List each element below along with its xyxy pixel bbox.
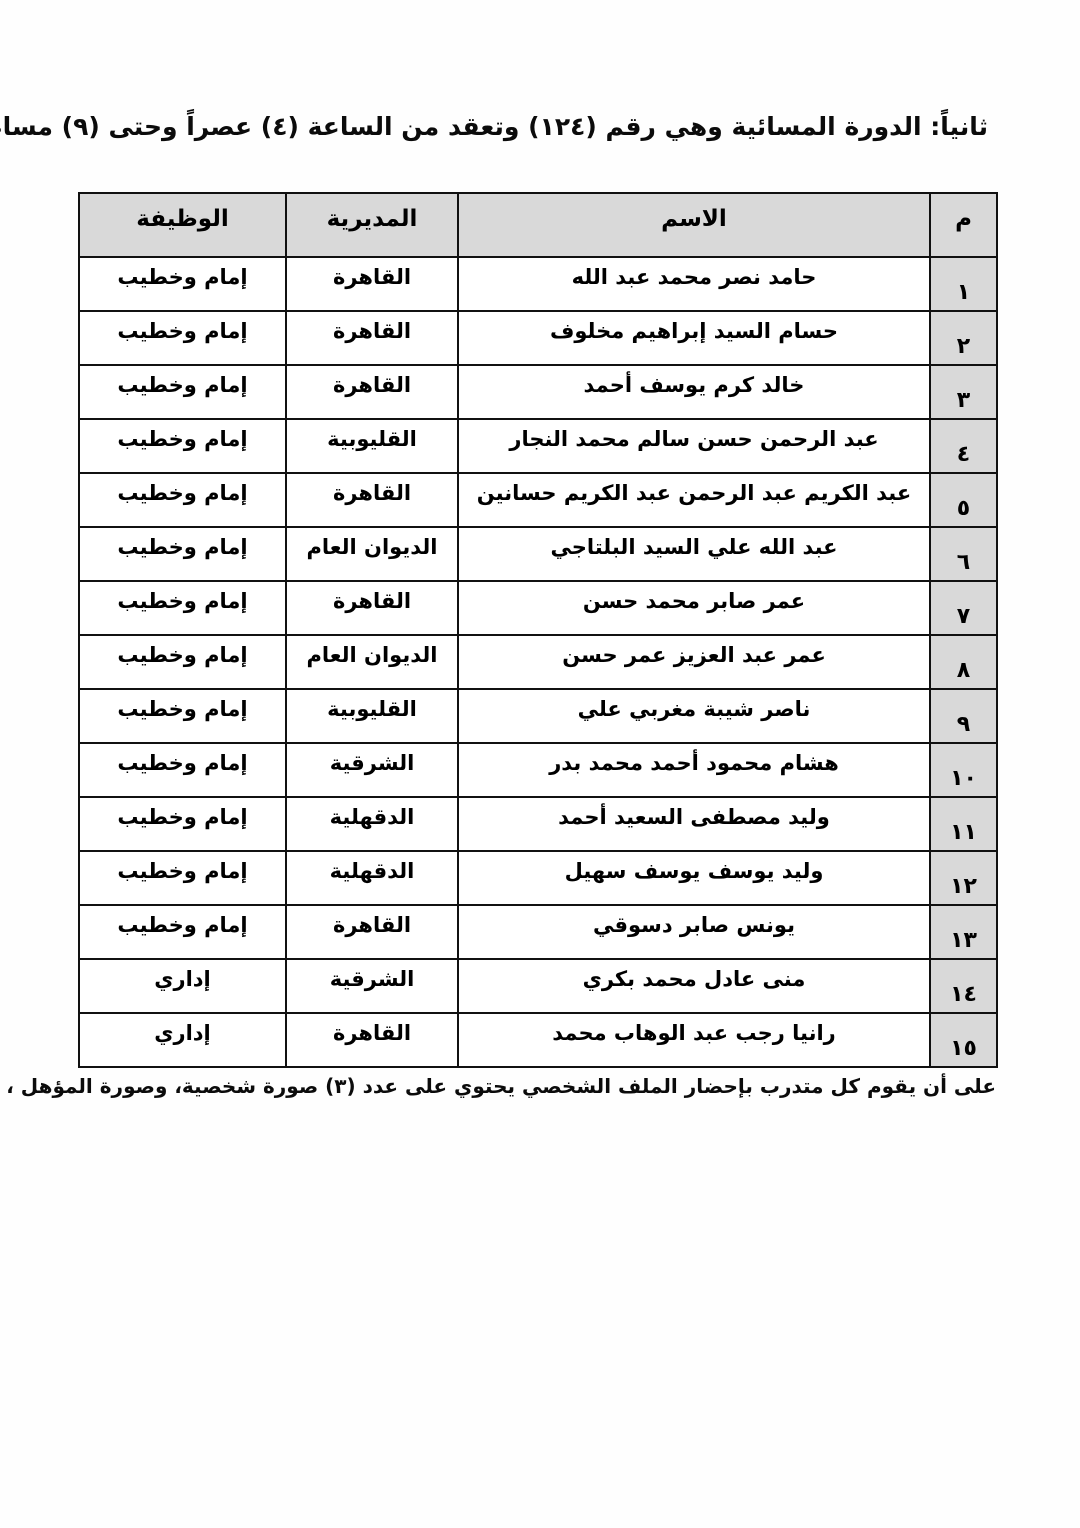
table-row: ٤ عبد الرحمن حسن سالم محمد النجار القليو…	[79, 419, 997, 473]
row-number-cell: ٧	[930, 581, 997, 635]
document-page: ثانياً: الدورة المسائية وهي رقم (١٢٤) وت…	[0, 0, 1080, 1528]
row-directorate-cell: الدقهلية	[286, 797, 458, 851]
row-name-cell: وليد يوسف يوسف سهيل	[458, 851, 930, 905]
row-directorate-cell: القاهرة	[286, 365, 458, 419]
row-name-cell: عمر عبد العزيز عمر حسن	[458, 635, 930, 689]
row-job-cell: إمام وخطيب	[79, 419, 286, 473]
row-number-cell: ١٤	[930, 959, 997, 1013]
row-name-cell: عمر صابر محمد حسن	[458, 581, 930, 635]
row-job-cell: إمام وخطيب	[79, 689, 286, 743]
row-name-cell: يونس صابر دسوقي	[458, 905, 930, 959]
row-directorate-cell: الديوان العام	[286, 527, 458, 581]
row-name-cell: رانيا رجب عبد الوهاب محمد	[458, 1013, 930, 1067]
row-name-cell: حامد نصر محمد عبد الله	[458, 257, 930, 311]
table-row: ٧ عمر صابر محمد حسن القاهرة إمام وخطيب	[79, 581, 997, 635]
row-directorate-cell: القاهرة	[286, 257, 458, 311]
row-number-cell: ١٠	[930, 743, 997, 797]
table-row: ١٠ هشام محمود أحمد محمد بدر الشرقية إمام…	[79, 743, 997, 797]
table-row: ٢ حسام السيد إبراهيم مخلوف القاهرة إمام …	[79, 311, 997, 365]
row-name-cell: عبد الرحمن حسن سالم محمد النجار	[458, 419, 930, 473]
row-directorate-cell: القاهرة	[286, 473, 458, 527]
row-directorate-cell: الدقهلية	[286, 851, 458, 905]
row-job-cell: إمام وخطيب	[79, 905, 286, 959]
row-number-cell: ٦	[930, 527, 997, 581]
table-row: ٦ عبد الله علي السيد البلتاجي الديوان ال…	[79, 527, 997, 581]
table-row: ١٥ رانيا رجب عبد الوهاب محمد القاهرة إدا…	[79, 1013, 997, 1067]
row-job-cell: إمام وخطيب	[79, 797, 286, 851]
row-name-cell: ناصر شيبة مغربي علي	[458, 689, 930, 743]
table-row: ١ حامد نصر محمد عبد الله القاهرة إمام وخ…	[79, 257, 997, 311]
row-job-cell: إمام وخطيب	[79, 851, 286, 905]
row-number-cell: ٨	[930, 635, 997, 689]
row-job-cell: إمام وخطيب	[79, 473, 286, 527]
row-job-cell: إداري	[79, 959, 286, 1013]
row-number-cell: ١١	[930, 797, 997, 851]
row-directorate-cell: القاهرة	[286, 1013, 458, 1067]
row-number-cell: ١٥	[930, 1013, 997, 1067]
row-directorate-cell: الديوان العام	[286, 635, 458, 689]
row-job-cell: إمام وخطيب	[79, 311, 286, 365]
row-number-cell: ٢	[930, 311, 997, 365]
row-number-cell: ١٣	[930, 905, 997, 959]
row-directorate-cell: الشرقية	[286, 743, 458, 797]
row-name-cell: منى عادل محمد بكري	[458, 959, 930, 1013]
table-row: ٩ ناصر شيبة مغربي علي القليوبية إمام وخط…	[79, 689, 997, 743]
row-job-cell: إداري	[79, 1013, 286, 1067]
row-job-cell: إمام وخطيب	[79, 527, 286, 581]
row-number-cell: ١	[930, 257, 997, 311]
table-row: ١١ وليد مصطفى السعيد أحمد الدقهلية إمام …	[79, 797, 997, 851]
row-number-cell: ١٢	[930, 851, 997, 905]
table-row: ٥ عبد الكريم عبد الرحمن عبد الكريم حساني…	[79, 473, 997, 527]
header-directorate: المديرية	[286, 193, 458, 257]
row-number-cell: ٥	[930, 473, 997, 527]
table-row: ١٣ يونس صابر دسوقي القاهرة إمام وخطيب	[79, 905, 997, 959]
row-directorate-cell: الشرقية	[286, 959, 458, 1013]
row-directorate-cell: القليوبية	[286, 419, 458, 473]
footer-note: على أن يقوم كل متدرب بإحضار الملف الشخصي…	[40, 1074, 996, 1098]
row-directorate-cell: القليوبية	[286, 689, 458, 743]
table-row: ١٤ منى عادل محمد بكري الشرقية إداري	[79, 959, 997, 1013]
row-name-cell: حسام السيد إبراهيم مخلوف	[458, 311, 930, 365]
table-row: ٨ عمر عبد العزيز عمر حسن الديوان العام إ…	[79, 635, 997, 689]
row-name-cell: وليد مصطفى السعيد أحمد	[458, 797, 930, 851]
row-directorate-cell: القاهرة	[286, 581, 458, 635]
row-directorate-cell: القاهرة	[286, 311, 458, 365]
header-name: الاسم	[458, 193, 930, 257]
row-job-cell: إمام وخطيب	[79, 743, 286, 797]
table-header-row: م الاسم المديرية الوظيفة	[79, 193, 997, 257]
row-number-cell: ٩	[930, 689, 997, 743]
row-directorate-cell: القاهرة	[286, 905, 458, 959]
page-title: ثانياً: الدورة المسائية وهي رقم (١٢٤) وت…	[60, 112, 988, 141]
row-number-cell: ٣	[930, 365, 997, 419]
row-name-cell: عبد الكريم عبد الرحمن عبد الكريم حسانين	[458, 473, 930, 527]
row-name-cell: عبد الله علي السيد البلتاجي	[458, 527, 930, 581]
header-number: م	[930, 193, 997, 257]
row-name-cell: هشام محمود أحمد محمد بدر	[458, 743, 930, 797]
row-job-cell: إمام وخطيب	[79, 635, 286, 689]
table-row: ٣ خالد كرم يوسف أحمد القاهرة إمام وخطيب	[79, 365, 997, 419]
header-job: الوظيفة	[79, 193, 286, 257]
row-job-cell: إمام وخطيب	[79, 365, 286, 419]
row-job-cell: إمام وخطيب	[79, 581, 286, 635]
table-row: ١٢ وليد يوسف يوسف سهيل الدقهلية إمام وخط…	[79, 851, 997, 905]
row-number-cell: ٤	[930, 419, 997, 473]
row-name-cell: خالد كرم يوسف أحمد	[458, 365, 930, 419]
trainees-table: م الاسم المديرية الوظيفة ١ حامد نصر محمد…	[78, 192, 998, 1068]
row-job-cell: إمام وخطيب	[79, 257, 286, 311]
